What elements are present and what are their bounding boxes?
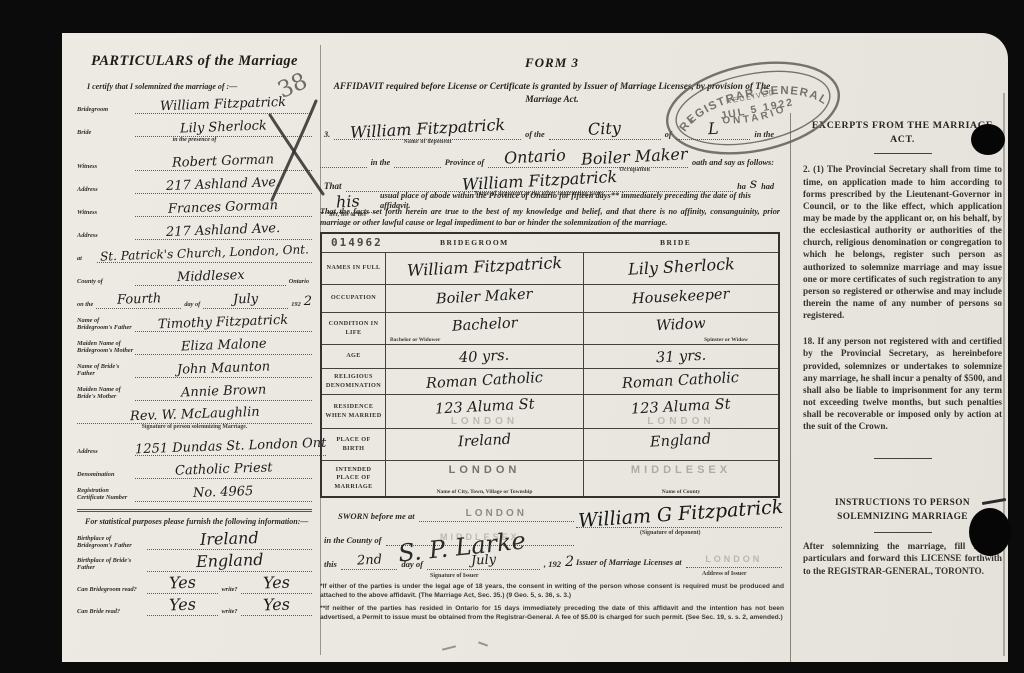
affidavit-line3: That William Fitzpatrick Name of deponen…	[320, 171, 778, 192]
field-row-witness2-address: Address 217 Ashland Ave.	[77, 217, 312, 240]
field-row-solemnizer-signature: Rev. W. McLaughlin	[77, 401, 312, 424]
field-row-solemnizer-address: Address 1251 Dundas St. London Ont	[77, 433, 312, 456]
sworn-line1: SWORN before me at LONDON	[334, 503, 574, 522]
marriage-year-handwriting: 2	[304, 294, 312, 309]
stats-row-bride-father-birthplace: Birthplace of Bride's Father England	[77, 550, 312, 572]
divider	[874, 153, 932, 154]
issuer-address-line: Issuer of Marriage Licenses at LONDON	[576, 549, 782, 568]
london-stamp: LONDON	[386, 416, 583, 427]
stats-row-groom-father-birthplace: Birthplace of Bridegroom's Father Irelan…	[77, 528, 312, 550]
field-row-church: at St. Patrick's Church, London, Ont.	[77, 240, 312, 263]
statistical-section: For statistical purposes please furnish …	[77, 509, 312, 616]
punch-hole	[969, 508, 1011, 556]
london-stamp: LONDON	[584, 416, 778, 427]
issuer-address-caption: Address of Issuer	[702, 571, 747, 577]
field-row-denomination: Denomination Catholic Priest	[77, 456, 312, 479]
license-serial-number: 014962	[331, 236, 383, 249]
footnotes: *If either of the parties is under the l…	[320, 583, 784, 627]
stats-intro: For statistical purposes please furnish …	[85, 517, 312, 526]
table-row-residence: RESIDENCE when MARRIED 123 Aluma St LOND…	[322, 394, 778, 428]
table-row-condition: CONDITION in LIFE Bachelor Bachelor or W…	[322, 312, 778, 344]
table-row-age: AGE 40 yrs. 31 yrs.	[322, 344, 778, 368]
column-bridegroom: BRIDEGROOM	[440, 238, 509, 247]
table-row-occupation: OCCUPATION Boiler Maker Housekeeper	[322, 284, 778, 312]
table-header: 014962 BRIDEGROOM BRIDE	[322, 234, 778, 252]
punch-hole	[971, 124, 1005, 155]
table-row-names: NAMES in full William Fitzpatrick Lily S…	[322, 252, 778, 284]
solemnizer-signature-caption: Signature of person solemnizing Marriage…	[77, 424, 312, 433]
field-row-registration-number: Registration Certificate Number No. 4965	[77, 479, 312, 502]
document-page: PARTICULARS of the Marriage I certify th…	[62, 33, 1008, 662]
marriage-month-handwriting: July	[233, 292, 259, 308]
field-row-groom-father: Name of Bridegroom's Father Timothy Fitz…	[77, 309, 312, 332]
affidavit-table: 014962 BRIDEGROOM BRIDE NAMES in full Wi…	[320, 232, 780, 498]
field-row-bride-father: Name of Bride's Father John Maunton	[77, 355, 312, 378]
deponent-name-handwriting: William Fitzpatrick	[350, 115, 506, 142]
middlesex-stamp: MIDDLESEX	[584, 464, 778, 476]
footnote-residency: **If neither of the parties has resided …	[320, 605, 784, 623]
excerpts-panel: EXCERPTS FROM THE MARRIAGE ACT. 2. (1) T…	[790, 113, 1008, 662]
particulars-title: PARTICULARS of the Marriage	[77, 53, 312, 70]
issuer-signature-caption: Signature of Issuer	[430, 573, 479, 579]
stats-row-groom-literacy: Can Bridegroom read? Yes write? Yes	[77, 572, 312, 594]
divider	[874, 458, 932, 459]
footnote-consent: *If either of the parties is under the l…	[320, 583, 784, 601]
stats-row-bride-literacy: Can Bride read? Yes write? Yes	[77, 594, 312, 616]
divider	[874, 532, 932, 533]
field-row-groom-mother: Maiden Name of Bridegroom's Mother Eliza…	[77, 332, 312, 355]
province-label: Ontario	[286, 278, 312, 286]
london-stamp: LONDON	[466, 508, 527, 519]
x-mark-annotation	[260, 95, 332, 207]
table-row-birthplace: PLACE of BIRTH Ireland England	[322, 428, 778, 460]
marriage-day-handwriting: Fourth	[116, 291, 161, 308]
scanned-document: PARTICULARS of the Marriage I certify th…	[0, 0, 1024, 673]
solemnizer-signature-handwriting: Rev. W. McLaughlin	[129, 405, 259, 425]
london-stamp: LONDON	[386, 464, 583, 476]
field-row-marriage-date: on the Fourth day of July 192 2	[77, 286, 312, 309]
london-stamp: LONDON	[705, 554, 762, 564]
column-bride: BRIDE	[660, 238, 691, 247]
excerpt-section-18: 18. If any person not registered with an…	[803, 335, 1002, 432]
facts-paragraph: That the facts set forth herein are true…	[320, 207, 780, 228]
table-row-religion: RELIGIOUS DENOMINATION Roman Catholic Ro…	[322, 368, 778, 394]
sworn-day-handwriting: 2nd	[356, 552, 382, 568]
excerpt-section-2: 2. (1) The Provincial Secretary shall fr…	[803, 163, 1002, 321]
deponent-signature-caption: (Signature of deponent)	[640, 530, 701, 536]
field-row-bride-mother: Maiden Name of Bride's Mother Annie Brow…	[77, 378, 312, 401]
sworn-section: SWORN before me at LONDON in the County …	[320, 503, 784, 581]
page-edge-shadow	[1003, 93, 1005, 656]
bride-name-handwriting: Lily Sherlock	[180, 118, 267, 136]
table-row-intended-place: INTENDED PLACE of MARRIAGE LONDON Name o…	[322, 460, 778, 496]
field-row-county: County of Middlesex Ontario	[77, 263, 312, 286]
